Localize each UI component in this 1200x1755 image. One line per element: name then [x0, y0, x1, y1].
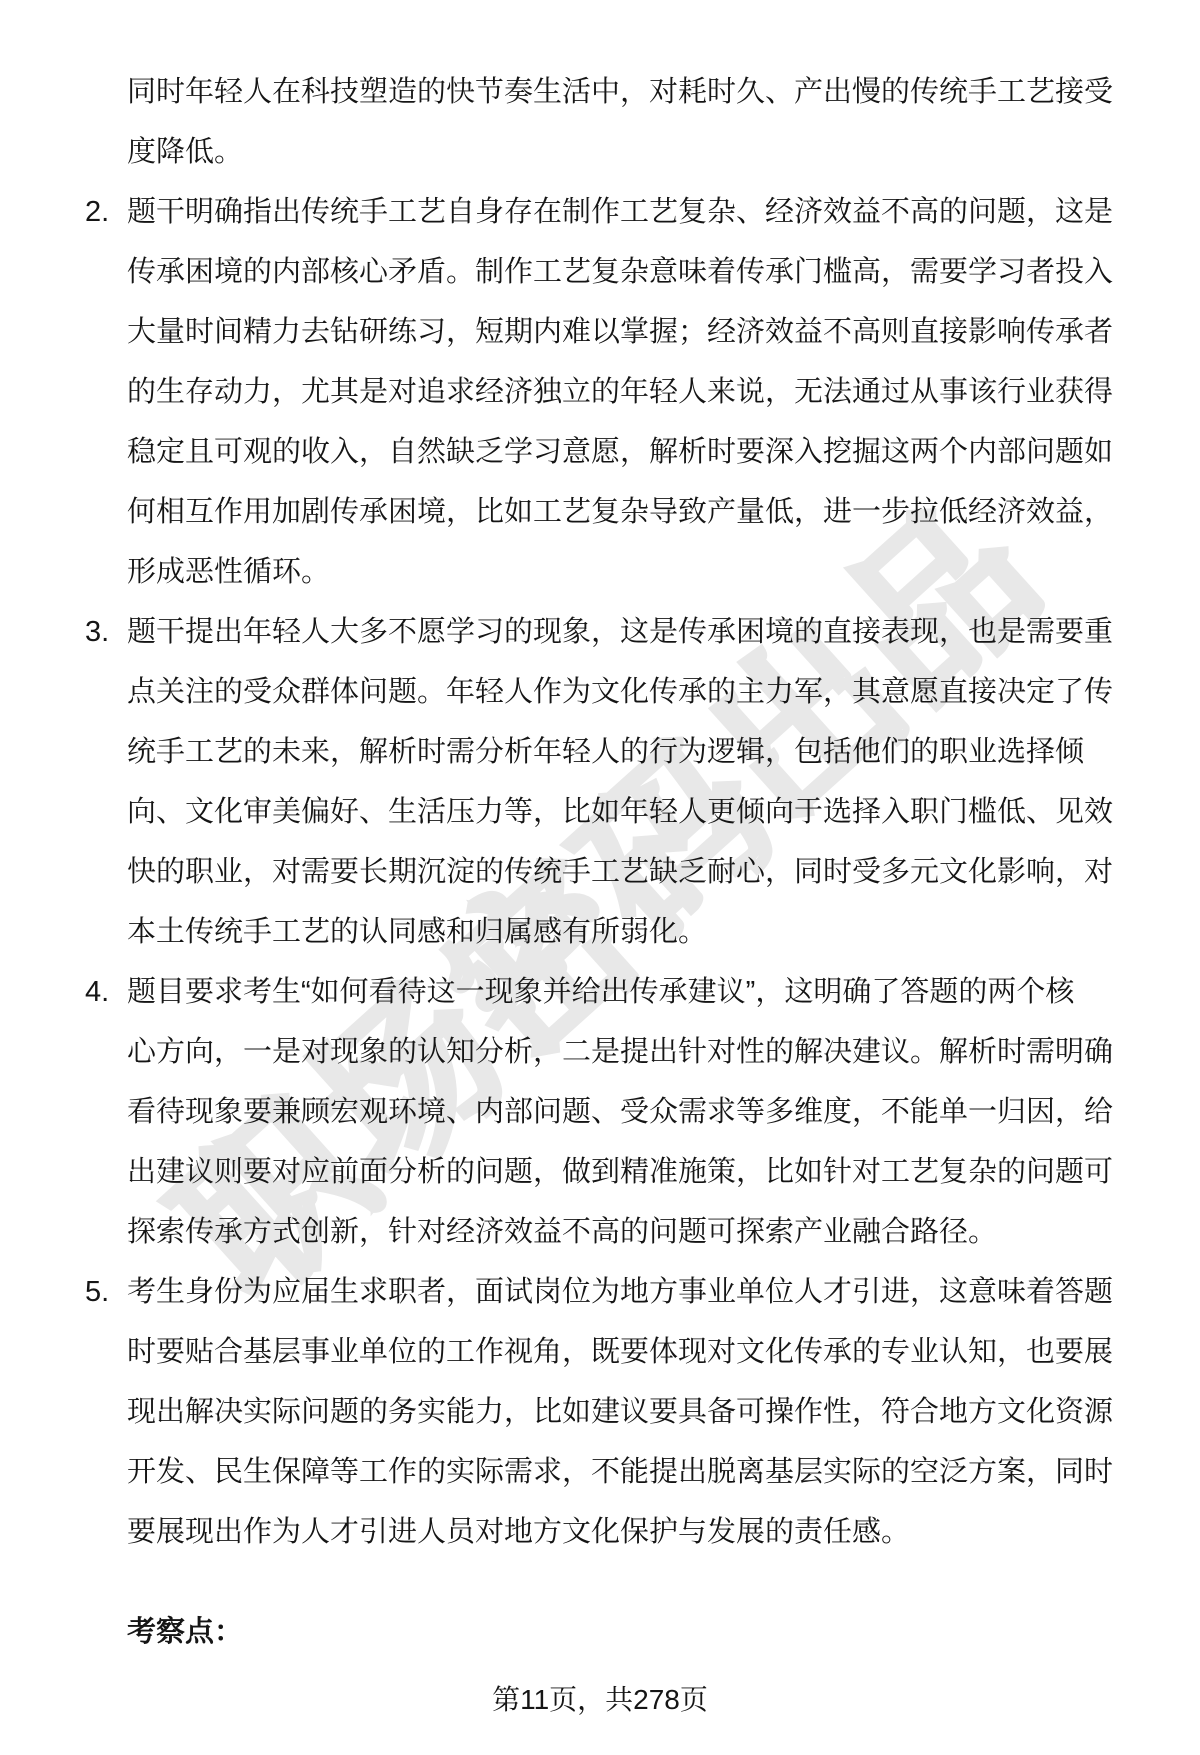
text-line: 探索传承方式创新，针对经济效益不高的问题可探索产业融合路径。 — [127, 1202, 1140, 1262]
text-line: 要展现出作为人才引进人员对地方文化保护与发展的责任感。 — [127, 1502, 1140, 1562]
text-line: 心方向，一是对现象的认知分析，二是提出针对性的解决建议。解析时需明确 — [127, 1022, 1140, 1082]
text-line: 统手工艺的未来，解析时需分析年轻人的行为逻辑，包括他们的职业选择倾 — [127, 722, 1140, 782]
text-line: 开发、民生保障等工作的实际需求，不能提出脱离基层实际的空泛方案，同时 — [127, 1442, 1140, 1502]
text-line: 考生身份为应届生求职者，面试岗位为地方事业单位人才引进，这意味着答题 — [127, 1262, 1140, 1322]
text-line: 向、文化审美偏好、生活压力等，比如年轻人更倾向于选择入职门槛低、见效 — [127, 782, 1140, 842]
text-line: 的生存动力，尤其是对追求经济独立的年轻人来说，无法通过从事该行业获得 — [127, 362, 1140, 422]
list-item-4: 4. 题目要求考生“如何看待这一现象并给出传承建议”，这明确了答题的两个核 心方… — [127, 962, 1140, 1262]
list-item-3: 3. 题干提出年轻人大多不愿学习的现象，这是传承困境的直接表现，也是需要重 点关… — [127, 602, 1140, 962]
page-content: 同时年轻人在科技塑造的快节奏生活中，对耗时久、产出慢的传统手工艺接受 度降低。 … — [127, 62, 1140, 1662]
document-page: 职场密码出品 同时年轻人在科技塑造的快节奏生活中，对耗时久、产出慢的传统手工艺接… — [0, 0, 1200, 1755]
text-line: 题干明确指出传统手工艺自身存在制作工艺复杂、经济效益不高的问题，这是 — [127, 182, 1140, 242]
text-line: 大量时间精力去钻研练习，短期内难以掌握；经济效益不高则直接影响传承者 — [127, 302, 1140, 362]
text-line: 时要贴合基层事业单位的工作视角，既要体现对文化传承的专业认知，也要展 — [127, 1322, 1140, 1382]
list-item-5: 5. 考生身份为应届生求职者，面试岗位为地方事业单位人才引进，这意味着答题 时要… — [127, 1262, 1140, 1562]
list-item-number: 2. — [85, 182, 109, 242]
list-item-2: 2. 题干明确指出传统手工艺自身存在制作工艺复杂、经济效益不高的问题，这是 传承… — [127, 182, 1140, 602]
text-line: 形成恶性循环。 — [127, 542, 1140, 602]
text-line: 何相互作用加剧传承困境，比如工艺复杂导致产量低，进一步拉低经济效益， — [127, 482, 1140, 542]
text-line: 点关注的受众群体问题。年轻人作为文化传承的主力军，其意愿直接决定了传 — [127, 662, 1140, 722]
text-line: 题干提出年轻人大多不愿学习的现象，这是传承困境的直接表现，也是需要重 — [127, 602, 1140, 662]
text-line: 传承困境的内部核心矛盾。制作工艺复杂意味着传承门槛高，需要学习者投入 — [127, 242, 1140, 302]
text-line: 看待现象要兼顾宏观环境、内部问题、受众需求等多维度，不能单一归因，给 — [127, 1082, 1140, 1142]
text-line: 快的职业，对需要长期沉淀的传统手工艺缺乏耐心，同时受多元文化影响，对 — [127, 842, 1140, 902]
list-item-number: 5. — [85, 1262, 109, 1322]
text-line: 现出解决实际问题的务实能力，比如建议要具备可操作性，符合地方文化资源 — [127, 1382, 1140, 1442]
paragraph-continuation: 同时年轻人在科技塑造的快节奏生活中，对耗时久、产出慢的传统手工艺接受 度降低。 — [127, 62, 1140, 182]
text-line: 稳定且可观的收入，自然缺乏学习意愿，解析时要深入挖掘这两个内部问题如 — [127, 422, 1140, 482]
text-line: 题目要求考生“如何看待这一现象并给出传承建议”，这明确了答题的两个核 — [127, 962, 1140, 1022]
text-line: 出建议则要对应前面分析的问题，做到精准施策，比如针对工艺复杂的问题可 — [127, 1142, 1140, 1202]
text-line: 本土传统手工艺的认同感和归属感有所弱化。 — [127, 902, 1140, 962]
page-footer: 第11页，共278页 — [0, 1678, 1200, 1718]
text-line: 同时年轻人在科技塑造的快节奏生活中，对耗时久、产出慢的传统手工艺接受 — [127, 62, 1140, 122]
list-item-number: 4. — [85, 962, 109, 1022]
list-item-number: 3. — [85, 602, 109, 662]
text-line: 度降低。 — [127, 122, 1140, 182]
section-heading: 考察点： — [127, 1602, 1140, 1662]
